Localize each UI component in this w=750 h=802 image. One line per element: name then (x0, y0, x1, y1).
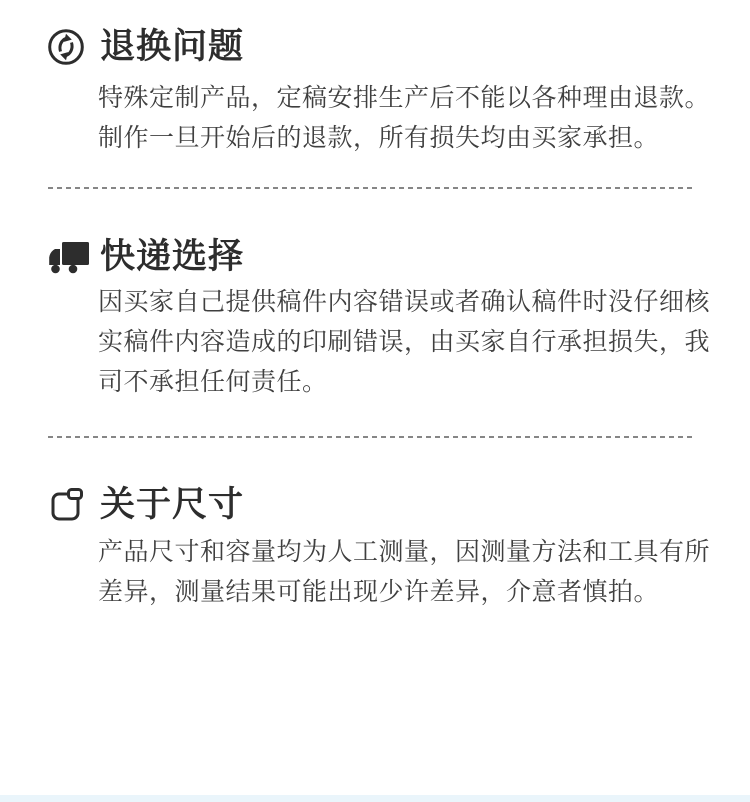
body-line: 特殊定制产品，定稿安排生产后不能以各种理由退款。 (98, 78, 710, 118)
delivery-truck-icon (46, 236, 92, 278)
body-line: 因买家自己提供稿件内容错误或者确认稿件时没仔细核 (98, 282, 710, 322)
body-line: 司不承担任何责任。 (98, 362, 710, 402)
body-line: 制作一旦开始后的退款，所有损失均由买家承担。 (98, 118, 710, 158)
dashed-divider (48, 436, 693, 438)
section-title: 退换问题 (100, 26, 244, 68)
body-line: 差异，测量结果可能出现少许差异，介意者慎拍。 (98, 572, 710, 612)
body-line: 实稿件内容造成的印刷错误，由买家自行承担损失，我 (98, 322, 710, 362)
product-info-page: 退换问题 特殊定制产品，定稿安排生产后不能以各种理由退款。 制作一旦开始后的退款… (0, 0, 750, 802)
size-spec-icon (46, 484, 92, 526)
section-body-shipping: 因买家自己提供稿件内容错误或者确认稿件时没仔细核 实稿件内容造成的印刷错误，由买… (98, 282, 710, 402)
exchange-arrows-icon (46, 26, 92, 68)
body-line: 产品尺寸和容量均为人工测量，因测量方法和工具有所 (98, 532, 710, 572)
bottom-accent-bar (0, 795, 750, 802)
section-body-dimensions: 产品尺寸和容量均为人工测量，因测量方法和工具有所 差异，测量结果可能出现少许差异… (98, 532, 710, 612)
dashed-divider (48, 187, 693, 189)
section-header-dimensions: 关于尺寸 (46, 484, 244, 526)
section-title: 关于尺寸 (100, 484, 244, 526)
section-title: 快递选择 (100, 236, 244, 278)
section-body-returns: 特殊定制产品，定稿安排生产后不能以各种理由退款。 制作一旦开始后的退款，所有损失… (98, 78, 710, 158)
section-header-shipping: 快递选择 (46, 236, 244, 278)
section-header-returns: 退换问题 (46, 26, 244, 68)
